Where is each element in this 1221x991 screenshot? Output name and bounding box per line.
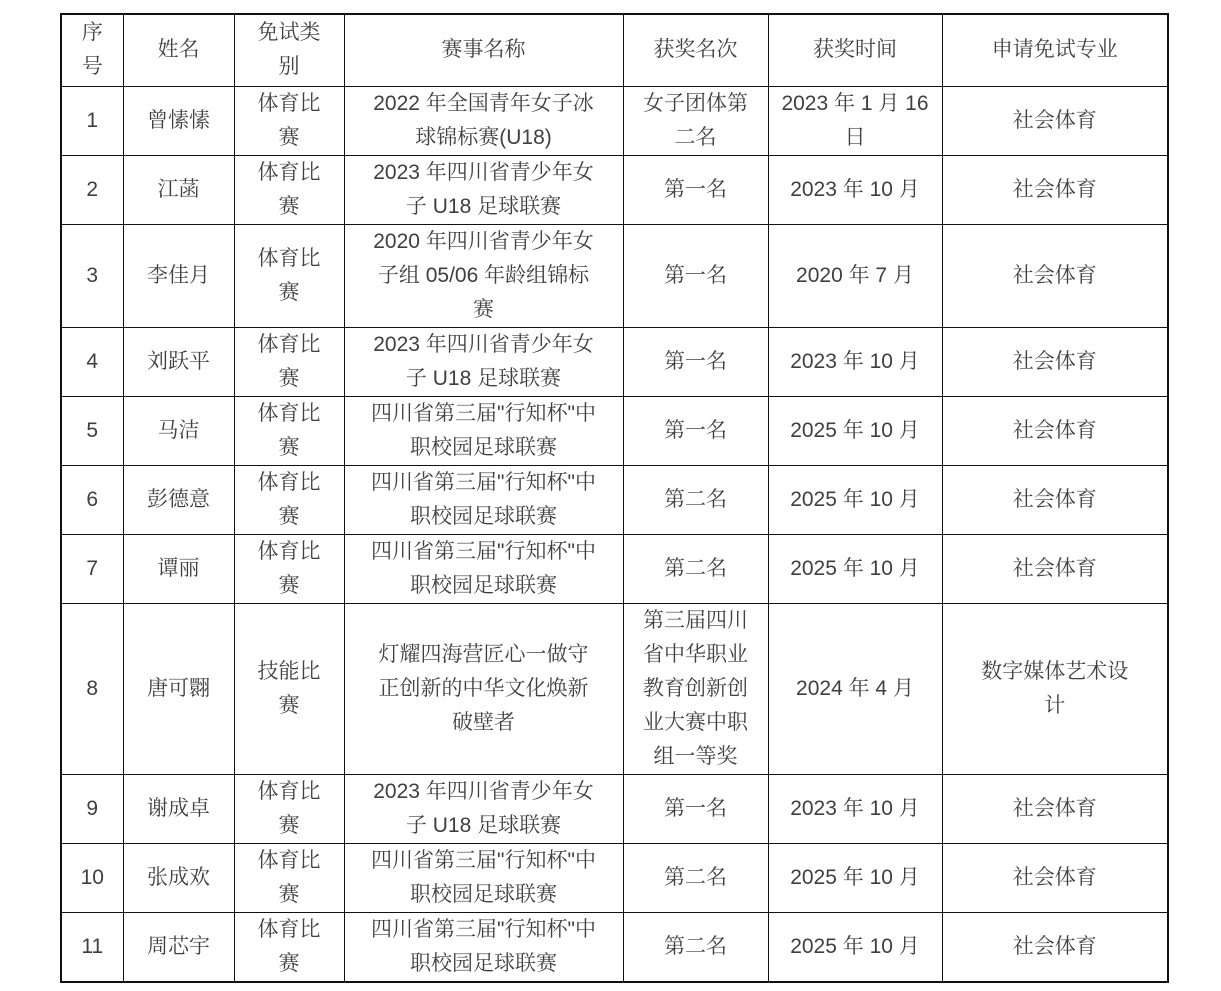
cell-no: 9 [61, 774, 123, 843]
column-header: 获奖名次 [623, 14, 768, 86]
table-row: 1曾愫愫体育比赛2022 年全国青年女子冰球锦标赛(U18)女子团体第二名202… [61, 86, 1168, 155]
cell-date: 2025 年 10 月 [768, 843, 942, 912]
cell-major: 社会体育 [942, 86, 1168, 155]
cell-event: 2023 年四川省青少年女子 U18 足球联赛 [344, 155, 623, 224]
cell-no: 10 [61, 843, 123, 912]
cell-major: 社会体育 [942, 843, 1168, 912]
cell-name: 谭丽 [123, 534, 234, 603]
cell-rank: 第二名 [623, 912, 768, 982]
cell-event: 2020 年四川省青少年女子组 05/06 年龄组锦标赛 [344, 224, 623, 327]
cell-major: 社会体育 [942, 327, 1168, 396]
cell-category: 体育比赛 [234, 465, 344, 534]
table-row: 4刘跃平体育比赛2023 年四川省青少年女子 U18 足球联赛第一名2023 年… [61, 327, 1168, 396]
cell-category: 体育比赛 [234, 912, 344, 982]
column-header: 姓名 [123, 14, 234, 86]
cell-no: 2 [61, 155, 123, 224]
cell-major: 数字媒体艺术设计 [942, 603, 1168, 774]
cell-name: 张成欢 [123, 843, 234, 912]
cell-category: 体育比赛 [234, 534, 344, 603]
column-header: 赛事名称 [344, 14, 623, 86]
cell-category: 体育比赛 [234, 843, 344, 912]
table-row: 10张成欢体育比赛四川省第三届"行知杯"中职校园足球联赛第二名2025 年 10… [61, 843, 1168, 912]
cell-rank: 第二名 [623, 534, 768, 603]
cell-no: 8 [61, 603, 123, 774]
cell-no: 4 [61, 327, 123, 396]
cell-name: 刘跃平 [123, 327, 234, 396]
cell-date: 2023 年 1 月 16 日 [768, 86, 942, 155]
exemption-applicants-table: 序号姓名免试类别赛事名称获奖名次获奖时间申请免试专业 1曾愫愫体育比赛2022 … [60, 13, 1169, 983]
cell-event: 2022 年全国青年女子冰球锦标赛(U18) [344, 86, 623, 155]
cell-rank: 第二名 [623, 465, 768, 534]
cell-date: 2023 年 10 月 [768, 327, 942, 396]
table-row: 6彭德意体育比赛四川省第三届"行知杯"中职校园足球联赛第二名2025 年 10 … [61, 465, 1168, 534]
cell-date: 2023 年 10 月 [768, 774, 942, 843]
cell-name: 江菡 [123, 155, 234, 224]
cell-name: 曾愫愫 [123, 86, 234, 155]
cell-no: 5 [61, 396, 123, 465]
cell-name: 马洁 [123, 396, 234, 465]
cell-name: 谢成卓 [123, 774, 234, 843]
header-row: 序号姓名免试类别赛事名称获奖名次获奖时间申请免试专业 [61, 14, 1168, 86]
cell-event: 四川省第三届"行知杯"中职校园足球联赛 [344, 912, 623, 982]
cell-name: 彭德意 [123, 465, 234, 534]
cell-event: 四川省第三届"行知杯"中职校园足球联赛 [344, 465, 623, 534]
cell-major: 社会体育 [942, 534, 1168, 603]
cell-major: 社会体育 [942, 774, 1168, 843]
cell-no: 3 [61, 224, 123, 327]
cell-rank: 女子团体第二名 [623, 86, 768, 155]
table-row: 7谭丽体育比赛四川省第三届"行知杯"中职校园足球联赛第二名2025 年 10 月… [61, 534, 1168, 603]
cell-date: 2024 年 4 月 [768, 603, 942, 774]
cell-major: 社会体育 [942, 224, 1168, 327]
cell-event: 2023 年四川省青少年女子 U18 足球联赛 [344, 327, 623, 396]
table-body: 1曾愫愫体育比赛2022 年全国青年女子冰球锦标赛(U18)女子团体第二名202… [61, 86, 1168, 982]
cell-name: 唐可翾 [123, 603, 234, 774]
cell-category: 技能比赛 [234, 603, 344, 774]
table-row: 8唐可翾技能比赛灯耀四海营匠心一做守正创新的中华文化焕新破壁者第三届四川省中华职… [61, 603, 1168, 774]
column-header: 免试类别 [234, 14, 344, 86]
table-row: 9谢成卓体育比赛2023 年四川省青少年女子 U18 足球联赛第一名2023 年… [61, 774, 1168, 843]
cell-date: 2025 年 10 月 [768, 465, 942, 534]
cell-no: 7 [61, 534, 123, 603]
cell-category: 体育比赛 [234, 86, 344, 155]
cell-rank: 第一名 [623, 774, 768, 843]
cell-major: 社会体育 [942, 155, 1168, 224]
table-row: 2江菡体育比赛2023 年四川省青少年女子 U18 足球联赛第一名2023 年 … [61, 155, 1168, 224]
cell-major: 社会体育 [942, 912, 1168, 982]
cell-no: 6 [61, 465, 123, 534]
cell-category: 体育比赛 [234, 327, 344, 396]
cell-event: 四川省第三届"行知杯"中职校园足球联赛 [344, 396, 623, 465]
table-row: 11周芯宇体育比赛四川省第三届"行知杯"中职校园足球联赛第二名2025 年 10… [61, 912, 1168, 982]
cell-rank: 第一名 [623, 396, 768, 465]
cell-name: 李佳月 [123, 224, 234, 327]
column-header: 获奖时间 [768, 14, 942, 86]
cell-rank: 第一名 [623, 155, 768, 224]
cell-rank: 第三届四川省中华职业教育创新创业大赛中职组一等奖 [623, 603, 768, 774]
cell-rank: 第二名 [623, 843, 768, 912]
column-header: 申请免试专业 [942, 14, 1168, 86]
cell-category: 体育比赛 [234, 155, 344, 224]
table-row: 3李佳月体育比赛2020 年四川省青少年女子组 05/06 年龄组锦标赛第一名2… [61, 224, 1168, 327]
cell-rank: 第一名 [623, 327, 768, 396]
cell-date: 2025 年 10 月 [768, 534, 942, 603]
cell-rank: 第一名 [623, 224, 768, 327]
cell-category: 体育比赛 [234, 774, 344, 843]
cell-name: 周芯宇 [123, 912, 234, 982]
cell-date: 2023 年 10 月 [768, 155, 942, 224]
cell-category: 体育比赛 [234, 224, 344, 327]
cell-date: 2025 年 10 月 [768, 396, 942, 465]
cell-no: 11 [61, 912, 123, 982]
table-row: 5马洁体育比赛四川省第三届"行知杯"中职校园足球联赛第一名2025 年 10 月… [61, 396, 1168, 465]
cell-event: 四川省第三届"行知杯"中职校园足球联赛 [344, 534, 623, 603]
cell-date: 2020 年 7 月 [768, 224, 942, 327]
cell-category: 体育比赛 [234, 396, 344, 465]
column-header: 序号 [61, 14, 123, 86]
cell-event: 2023 年四川省青少年女子 U18 足球联赛 [344, 774, 623, 843]
cell-no: 1 [61, 86, 123, 155]
document-page: 序号姓名免试类别赛事名称获奖名次获奖时间申请免试专业 1曾愫愫体育比赛2022 … [0, 0, 1221, 991]
cell-major: 社会体育 [942, 465, 1168, 534]
cell-date: 2025 年 10 月 [768, 912, 942, 982]
cell-major: 社会体育 [942, 396, 1168, 465]
cell-event: 灯耀四海营匠心一做守正创新的中华文化焕新破壁者 [344, 603, 623, 774]
cell-event: 四川省第三届"行知杯"中职校园足球联赛 [344, 843, 623, 912]
